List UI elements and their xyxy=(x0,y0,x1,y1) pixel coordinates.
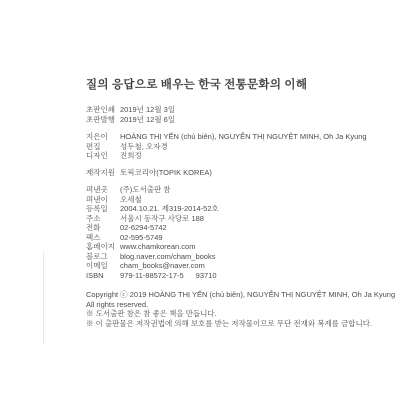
row-value: HOÀNG THỊ YẾN (chủ biên), NGUYỄN THỊ NGU… xyxy=(120,132,367,142)
row-label: 펴낸곳 xyxy=(86,185,120,195)
website-url: www.chamkorean.com xyxy=(120,242,195,252)
row-label: 등록일 xyxy=(86,204,120,214)
row-label: 전화 xyxy=(86,223,120,233)
info-row: 전화 02-6294-5742 xyxy=(86,223,219,233)
row-value: 2004.10.21. 제319-2014-52호 xyxy=(120,204,219,214)
row-label: 이메일 xyxy=(86,261,120,271)
row-label: 디자인 xyxy=(86,151,120,161)
info-row: 홈페이지 www.chamkorean.com xyxy=(86,242,219,252)
row-value: 02-595-5749 xyxy=(120,233,163,243)
blog-url: blog.naver.com/cham_books xyxy=(120,252,215,262)
note-line: ※ 이 출판물은 저작권법에 의해 보호를 받는 저작물이므로 무단 전재와 복… xyxy=(86,319,372,329)
row-value: (주)도서출판 참 xyxy=(120,185,171,195)
row-label: 팩스 xyxy=(86,233,120,243)
row-value: 성두철, 오자경 xyxy=(120,142,168,152)
isbn-number: 979-11-88572-17-5 xyxy=(120,271,184,281)
info-row: 지은이 HOÀNG THỊ YẾN (chủ biên), NGUYỄN THỊ… xyxy=(86,132,367,142)
credits-block: 지은이 HOÀNG THỊ YẾN (chủ biên), NGUYỄN THỊ… xyxy=(86,132,367,161)
copyright-line: All rights reserved. xyxy=(86,300,395,310)
row-label: 초판인쇄 xyxy=(86,105,120,115)
row-label: 블로그 xyxy=(86,252,120,262)
colophon-page: 질의 응답으로 배우는 한국 전통문화의 이해 초판인쇄 2019년 12월 3… xyxy=(0,0,415,406)
row-value: 2019년 12월 3일 xyxy=(120,105,175,115)
info-row: 주소 서울시 동작구 사당로 188 xyxy=(86,214,219,224)
row-label: 홈페이지 xyxy=(86,242,120,252)
info-row: 펴낸곳 (주)도서출판 참 xyxy=(86,185,219,195)
row-label: 편집 xyxy=(86,142,120,152)
row-value: 2019년 12월 6일 xyxy=(120,115,175,125)
copyright-block: Copyright ⓒ 2019 HOÀNG THỊ YẾN (chủ biên… xyxy=(86,290,395,309)
publisher-block: 펴낸곳 (주)도서출판 참 펴낸이 오세철 등록일 2004.10.21. 제3… xyxy=(86,185,219,271)
row-label: 지은이 xyxy=(86,132,120,142)
info-row: 초판발행 2019년 12월 6일 xyxy=(86,115,175,125)
production-block: 제작지원 토픽코리아(TOPIK KOREA) xyxy=(86,168,212,178)
row-value: 진희정 xyxy=(120,151,142,161)
info-row: 블로그 blog.naver.com/cham_books xyxy=(86,252,219,262)
isbn-addition-code: 93710 xyxy=(196,271,217,281)
info-row: 이메일 cham_books@naver.com xyxy=(86,261,219,271)
row-label: ISBN xyxy=(86,271,120,281)
row-label: 초판발행 xyxy=(86,115,120,125)
info-row: 팩스 02-595-5749 xyxy=(86,233,219,243)
info-row: 펴낸이 오세철 xyxy=(86,195,219,205)
info-row: ISBN 979-11-88572-17-5 93710 xyxy=(86,271,217,281)
info-row: 디자인 진희정 xyxy=(86,151,367,161)
row-label: 펴낸이 xyxy=(86,195,120,205)
info-row: 제작지원 토픽코리아(TOPIK KOREA) xyxy=(86,168,212,178)
row-value: 서울시 동작구 사당로 188 xyxy=(120,214,204,224)
notes-block: ※ 도서출판 참은 참 좋은 책을 만듭니다. ※ 이 출판물은 저작권법에 의… xyxy=(86,309,372,328)
book-title: 질의 응답으로 배우는 한국 전통문화의 이해 xyxy=(86,76,307,92)
row-label: 제작지원 xyxy=(86,168,120,178)
info-row: 편집 성두철, 오자경 xyxy=(86,142,367,152)
info-row: 등록일 2004.10.21. 제319-2014-52호 xyxy=(86,204,219,214)
edition-block: 초판인쇄 2019년 12월 3일 초판발행 2019년 12월 6일 xyxy=(86,105,175,124)
row-value: 토픽코리아(TOPIK KOREA) xyxy=(120,168,212,178)
isbn-block: ISBN 979-11-88572-17-5 93710 xyxy=(86,271,217,281)
row-value: 02-6294-5742 xyxy=(120,223,167,233)
email-address: cham_books@naver.com xyxy=(120,261,205,271)
note-line: ※ 도서출판 참은 참 좋은 책을 만듭니다. xyxy=(86,309,372,319)
scan-edge-artifact xyxy=(43,252,44,344)
row-label: 주소 xyxy=(86,214,120,224)
copyright-line: Copyright ⓒ 2019 HOÀNG THỊ YẾN (chủ biên… xyxy=(86,290,395,300)
row-value: 오세철 xyxy=(120,195,142,205)
info-row: 초판인쇄 2019년 12월 3일 xyxy=(86,105,175,115)
